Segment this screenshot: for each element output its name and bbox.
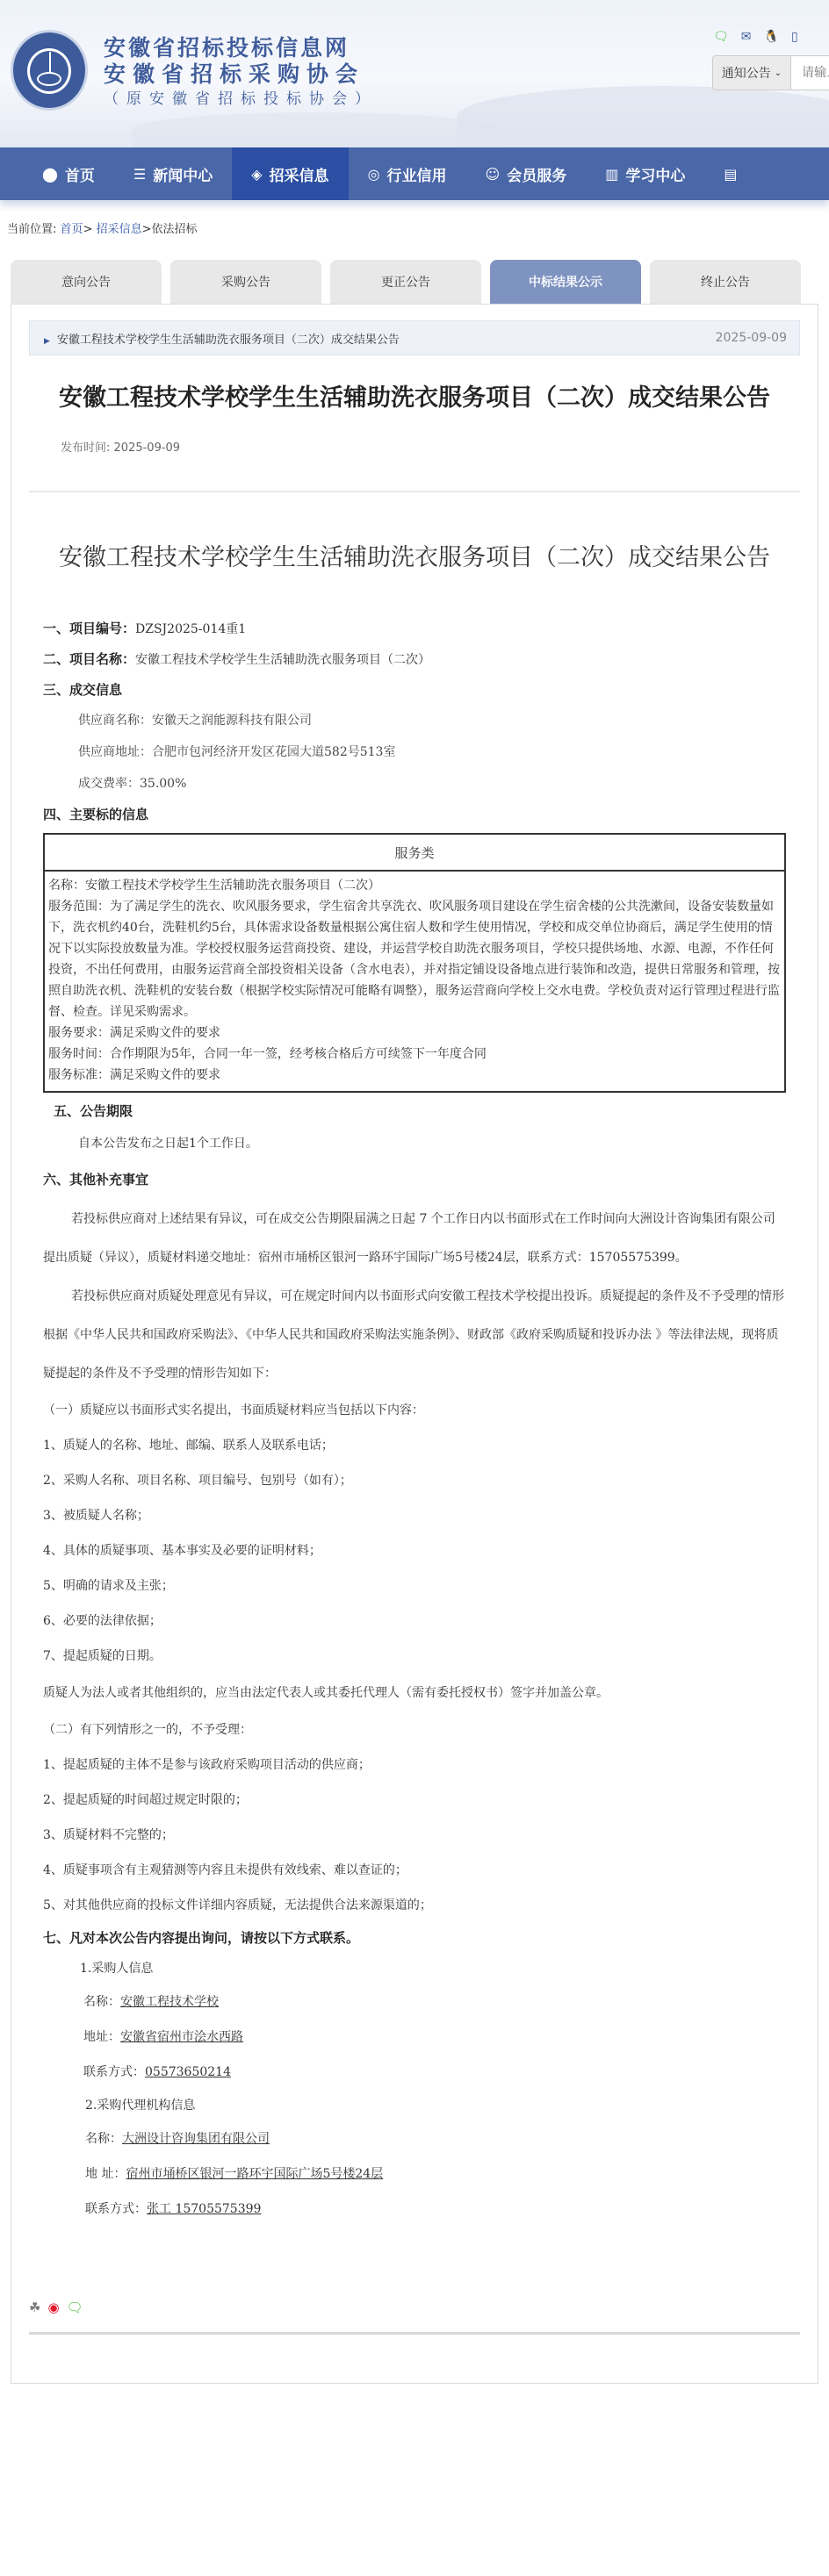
- rejection-case-item: 5、对其他供应商的投标文件详细内容质疑，无法提供合法来源渠道的；: [43, 1888, 786, 1923]
- service-requirement: 服务要求：满足采购文件的要求: [48, 1023, 781, 1044]
- agency-address-link[interactable]: 宿州市埇桥区银河一路环宇国际广场5号楼24层: [126, 2167, 383, 2181]
- agency-phone-row: 联系方式：张工 15705575399: [43, 2192, 786, 2227]
- purchaser-name-label: 名称：: [83, 1995, 120, 2009]
- tab-termination-notice[interactable]: 终止公告: [650, 260, 801, 304]
- project-name: 安徽工程技术学校学生生活辅助洗衣服务项目（二次）: [135, 653, 430, 667]
- agency-heading: 2.采购代理机构信息: [43, 2090, 786, 2121]
- nav-item-label: 会员服务: [507, 163, 566, 185]
- section-supplementary: 六、其他补充事宜: [43, 1165, 786, 1195]
- tab-intent-notice[interactable]: 意向公告: [11, 260, 162, 304]
- header-background-hill: [457, 86, 829, 147]
- search-bar: 通知公告 ⌄: [712, 55, 829, 90]
- deal-rate: 成交费率：35.00%: [43, 768, 786, 800]
- site-header: 安徽省招标投标信息网 安徽省招标采购协会 （原安徽省招标投标协会） 🗨 ✉ 🐧 …: [0, 0, 829, 147]
- purchaser-address-row: 地址：安徽省宿州市浍水西路: [43, 2020, 786, 2055]
- purchaser-name-link[interactable]: 安徽工程技术学校: [120, 1995, 219, 2009]
- logo-eye-shape: [37, 72, 61, 86]
- search-category-value: 通知公告: [722, 64, 771, 82]
- bottom-spacer: [29, 2335, 800, 2383]
- section-deal-info: 三、成交信息: [43, 675, 786, 705]
- tab-procurement-notice[interactable]: 采购公告: [170, 260, 321, 304]
- document-icon: ☰: [133, 166, 146, 183]
- section-notice-period: 五、公告期限: [43, 1096, 786, 1126]
- mobile-icon[interactable]: ▯: [791, 30, 798, 44]
- objection-requirement-item: 1、质疑人的名称、地址、邮编、联系人及联系电话；: [43, 1428, 786, 1463]
- nav-item-procurement[interactable]: ◈ 招采信息: [232, 147, 348, 200]
- nav-item-credit[interactable]: ◎ 行业信用: [349, 147, 466, 200]
- section-project-name: 二、项目名称：安徽工程技术学校学生生活辅助洗衣服务项目（二次）: [43, 644, 786, 675]
- nav-item-learning[interactable]: ▥ 学习中心: [586, 147, 704, 200]
- agency-name-link[interactable]: 大洲设计咨询集团有限公司: [122, 2132, 270, 2146]
- table-header: 服务类: [44, 834, 785, 871]
- agency-address-label: 地 址：: [85, 2167, 126, 2181]
- rejection-case-item: 1、提起质疑的主体不是参与该政府采购项目活动的供应商；: [43, 1747, 786, 1783]
- agency-phone-link[interactable]: 张工 15705575399: [147, 2202, 261, 2216]
- search-input[interactable]: [791, 55, 829, 90]
- calendar-icon: ▤: [724, 166, 737, 183]
- article-title: 安徽工程技术学校学生生活辅助洗衣服务项目（二次）成交结果公告: [55, 380, 774, 417]
- users-icon: ☺: [486, 166, 501, 183]
- objection-requirement-item: 3、被质疑人名称；: [43, 1498, 786, 1533]
- service-scope: 服务范围：为了满足学生的洗衣、吹风服务要求，学生宿舍共享洗衣、吹风服务项目建设在…: [48, 896, 781, 1023]
- rejection-case-item: 2、提起质疑的时间超过规定时限的；: [43, 1783, 786, 1818]
- document-title: 安徽工程技术学校学生生活辅助洗衣服务项目（二次）成交结果公告: [43, 540, 786, 577]
- objection-requirement-item: 2、采购人名称、项目名称、项目编号、包别号（如有）；: [43, 1463, 786, 1498]
- site-title-line2: 安徽省招标采购协会: [104, 61, 378, 88]
- share-bar: ☘ ◉ 🗨: [29, 2297, 800, 2318]
- objection-requirement-item: 7、提起质疑的日期。: [43, 1639, 786, 1674]
- current-notice-date: 2025-09-09: [716, 331, 787, 345]
- publish-time-label: 发布时间:: [61, 441, 110, 455]
- agency-phone-label: 联系方式：: [85, 2202, 147, 2216]
- objection-requirement-item: 4、具体的质疑事项、基本事实及必要的证明材料；: [43, 1533, 786, 1568]
- section-label: 二、项目名称：: [43, 651, 135, 667]
- content-box: ▶安徽工程技术学校学生生活辅助洗衣服务项目（二次）成交结果公告 2025-09-…: [11, 304, 818, 2384]
- mail-icon[interactable]: ✉: [741, 30, 752, 44]
- agency-address-row: 地 址：宿州市埇桥区银河一路环宇国际广场5号楼24层: [43, 2156, 786, 2192]
- current-notice-title: 安徽工程技术学校学生生活辅助洗衣服务项目（二次）成交结果公告: [57, 334, 400, 347]
- purchaser-address-link[interactable]: 安徽省宿州市浍水西路: [120, 2030, 243, 2044]
- complaint-paragraph: 若投标供应商对质疑处理意见有异议，可在规定时间内以书面形式向安徽工程技术学校提出…: [43, 1277, 786, 1393]
- article-body: 安徽工程技术学校学生生活辅助洗衣服务项目（二次）成交结果公告 一、项目编号：DZ…: [29, 540, 800, 2227]
- nav-item-label: 首页: [65, 163, 95, 185]
- nav-item-label: 新闻中心: [153, 163, 213, 185]
- contact-icons: 🗨 ✉ 🐧 ▯: [713, 30, 798, 44]
- table-cell: 名称：安徽工程技术学校学生生活辅助洗衣服务项目（二次） 服务范围：为了满足学生的…: [44, 871, 785, 1092]
- header-background-hill: [132, 112, 501, 147]
- project-number: DZSJ2025-014重1: [135, 622, 246, 636]
- breadcrumb-current: 依法招标: [152, 223, 198, 236]
- nav-item-news[interactable]: ☰ 新闻中心: [114, 147, 232, 200]
- nav-item-more[interactable]: ▤: [704, 147, 737, 200]
- breadcrumb: 当前位置: 首页> 招采信息>依法招标: [0, 200, 829, 253]
- breadcrumb-prefix: 当前位置:: [7, 223, 56, 236]
- objection-group2-heading: （二）有下列情形之一的，不予受理：: [43, 1712, 786, 1747]
- objection-paragraph: 若投标供应商对上述结果有异议，可在成交公告期限届满之日起 7 个工作日内以书面形…: [43, 1200, 786, 1277]
- section-label: 一、项目编号：: [43, 621, 135, 636]
- nav-item-label: 学习中心: [625, 163, 685, 185]
- caret-right-icon: ▶: [44, 337, 50, 346]
- purchaser-name-row: 名称：安徽工程技术学校: [43, 1984, 786, 2020]
- main-nav: ⬤ 首页 ☰ 新闻中心 ◈ 招采信息 ◎ 行业信用 ☺ 会员服务 ▥ 学习中心 …: [0, 147, 829, 200]
- current-notice-title-wrap: ▶安徽工程技术学校学生生活辅助洗衣服务项目（二次）成交结果公告: [44, 330, 400, 347]
- signature-requirement: 质疑人为法人或者其他组织的，应当由法定代表人或其委托代理人（需有委托授权书）签字…: [43, 1674, 786, 1712]
- subject-info-table: 服务类 名称：安徽工程技术学校学生生活辅助洗衣服务项目（二次） 服务范围：为了满…: [43, 833, 786, 1093]
- breadcrumb-procurement[interactable]: 招采信息: [97, 223, 142, 236]
- current-notice-bar[interactable]: ▶安徽工程技术学校学生生活辅助洗衣服务项目（二次）成交结果公告 2025-09-…: [29, 320, 800, 355]
- nav-item-label: 行业信用: [387, 163, 447, 185]
- rejection-case-item: 4、质疑事项含有主观猜测等内容且未提供有效线索、难以查证的；: [43, 1853, 786, 1888]
- purchaser-phone-link[interactable]: 05573650214: [145, 2065, 231, 2079]
- objection-group1-heading: （一）质疑应以书面形式实名提出，书面质疑材料应当包括以下内容：: [43, 1393, 786, 1428]
- publish-time-value: 2025-09-09: [114, 441, 181, 455]
- share-icon[interactable]: ☘: [29, 2300, 40, 2315]
- section-contact: 七、凡对本次公告内容提出询问，请按以下方式联系。: [43, 1923, 786, 1953]
- title-divider: [29, 491, 800, 492]
- purchaser-phone-label: 联系方式：: [83, 2065, 145, 2079]
- breadcrumb-separator: >: [83, 223, 93, 236]
- publish-time: 发布时间: 2025-09-09: [61, 438, 768, 491]
- wechat-icon[interactable]: 🗨: [67, 2300, 83, 2315]
- nav-item-members[interactable]: ☺ 会员服务: [466, 147, 587, 200]
- chevron-down-icon: ⌄: [775, 68, 782, 78]
- weibo-icon[interactable]: ◉: [47, 2300, 59, 2315]
- agency-name-label: 名称：: [85, 2132, 122, 2146]
- wechat-icon[interactable]: 🗨: [713, 30, 729, 44]
- purchaser-address-label: 地址：: [83, 2030, 120, 2044]
- service-standard: 服务标准：满足采购文件的要求: [48, 1065, 781, 1086]
- service-name: 名称：安徽工程技术学校学生生活辅助洗衣服务项目（二次）: [48, 875, 781, 896]
- breadcrumb-home[interactable]: 首页: [61, 223, 83, 236]
- supplier-name: 供应商名称：安徽天之润能源科技有限公司: [43, 705, 786, 736]
- objection-requirement-item: 5、明确的请求及主张；: [43, 1568, 786, 1604]
- qq-icon[interactable]: 🐧: [764, 30, 779, 44]
- purchaser-phone-row: 联系方式：05573650214: [43, 2055, 786, 2090]
- site-title-line1: 安徽省招标投标信息网: [104, 35, 378, 61]
- association-logo[interactable]: [11, 30, 88, 111]
- layers-icon: ◈: [251, 166, 262, 183]
- objection-requirement-item: 6、必要的法律依据；: [43, 1604, 786, 1639]
- nav-item-home[interactable]: ⬤ 首页: [23, 147, 114, 200]
- breadcrumb-separator: >: [142, 223, 152, 236]
- site-title-line3: （原安徽省招标投标协会）: [104, 88, 378, 111]
- tab-correction-notice[interactable]: 更正公告: [330, 260, 481, 304]
- agency-name-row: 名称：大洲设计咨询集团有限公司: [43, 2121, 786, 2156]
- award-icon: ◎: [368, 166, 380, 183]
- notice-type-tabs: 意向公告 采购公告 更正公告 中标结果公示 终止公告: [0, 260, 829, 304]
- notice-period-text: 自本公告发布之日起1个工作日。: [43, 1126, 786, 1161]
- tab-award-result[interactable]: 中标结果公示: [490, 260, 641, 304]
- home-icon: ⬤: [42, 166, 58, 183]
- service-time: 服务时间：合作期限为5年，合同一年一签，经考核合格后方可续签下一年度合同: [48, 1044, 781, 1065]
- section-main-subject: 四、主要标的信息: [43, 800, 786, 829]
- nav-item-label: 招采信息: [270, 163, 329, 185]
- rejection-case-item: 3、质疑材料不完整的；: [43, 1818, 786, 1853]
- book-icon: ▥: [605, 166, 618, 183]
- purchaser-heading: 1.采购人信息: [43, 1953, 786, 1984]
- logo-bridge-ray: [49, 52, 51, 73]
- search-category-select[interactable]: 通知公告 ⌄: [712, 55, 791, 90]
- site-titles: 安徽省招标投标信息网 安徽省招标采购协会 （原安徽省招标投标协会）: [104, 35, 378, 111]
- supplier-address: 供应商地址：合肥市包河经济开发区花园大道582号513室: [43, 736, 786, 768]
- section-project-number: 一、项目编号：DZSJ2025-014重1: [43, 614, 786, 644]
